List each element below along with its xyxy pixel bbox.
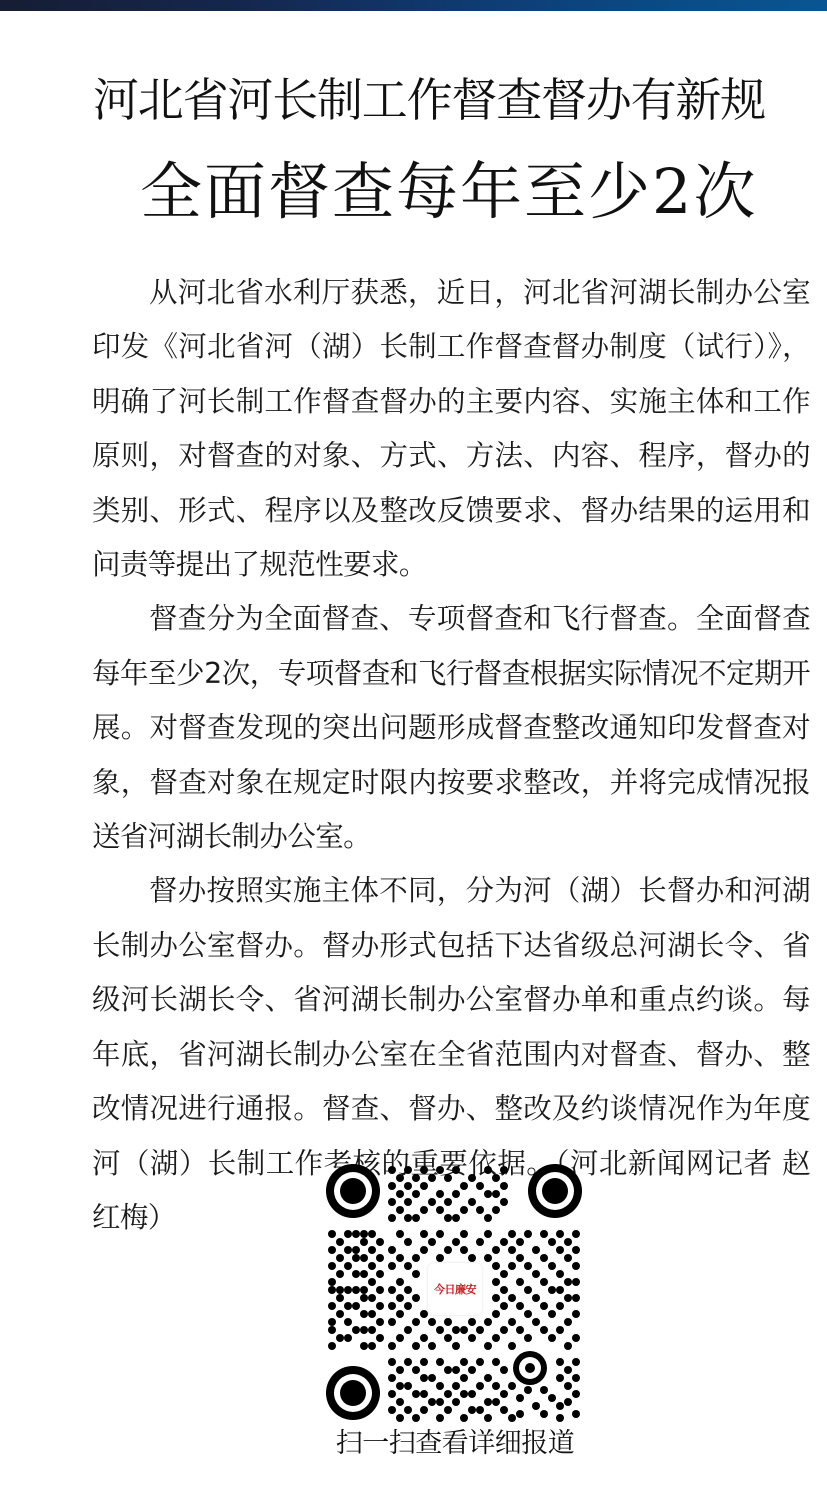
article-paragraph-1: 从河北省水利厅获悉，近日，河北省河湖长制办公室印发《河北省河（湖）长制工作督查督… <box>92 266 810 592</box>
article-paragraph-2: 督查分为全面督查、专项督查和飞行督查。全面督查每年至少2次，专项督查和飞行督查根… <box>92 592 810 864</box>
headline-line-2: 全面督查每年至少2次 <box>140 150 790 234</box>
headline-line-1: 河北省河长制工作督查督办有新规 <box>93 68 823 132</box>
qr-code[interactable]: 今日廉安 <box>324 1162 586 1424</box>
article-body: 从河北省水利厅获悉，近日，河北省河湖长制办公室印发《河北省河（湖）长制工作督查督… <box>92 266 810 1245</box>
top-banner-bar <box>0 0 827 11</box>
qr-logo: 今日廉安 <box>428 1263 482 1315</box>
qr-caption: 扫一扫查看详细报道 <box>300 1424 610 1464</box>
